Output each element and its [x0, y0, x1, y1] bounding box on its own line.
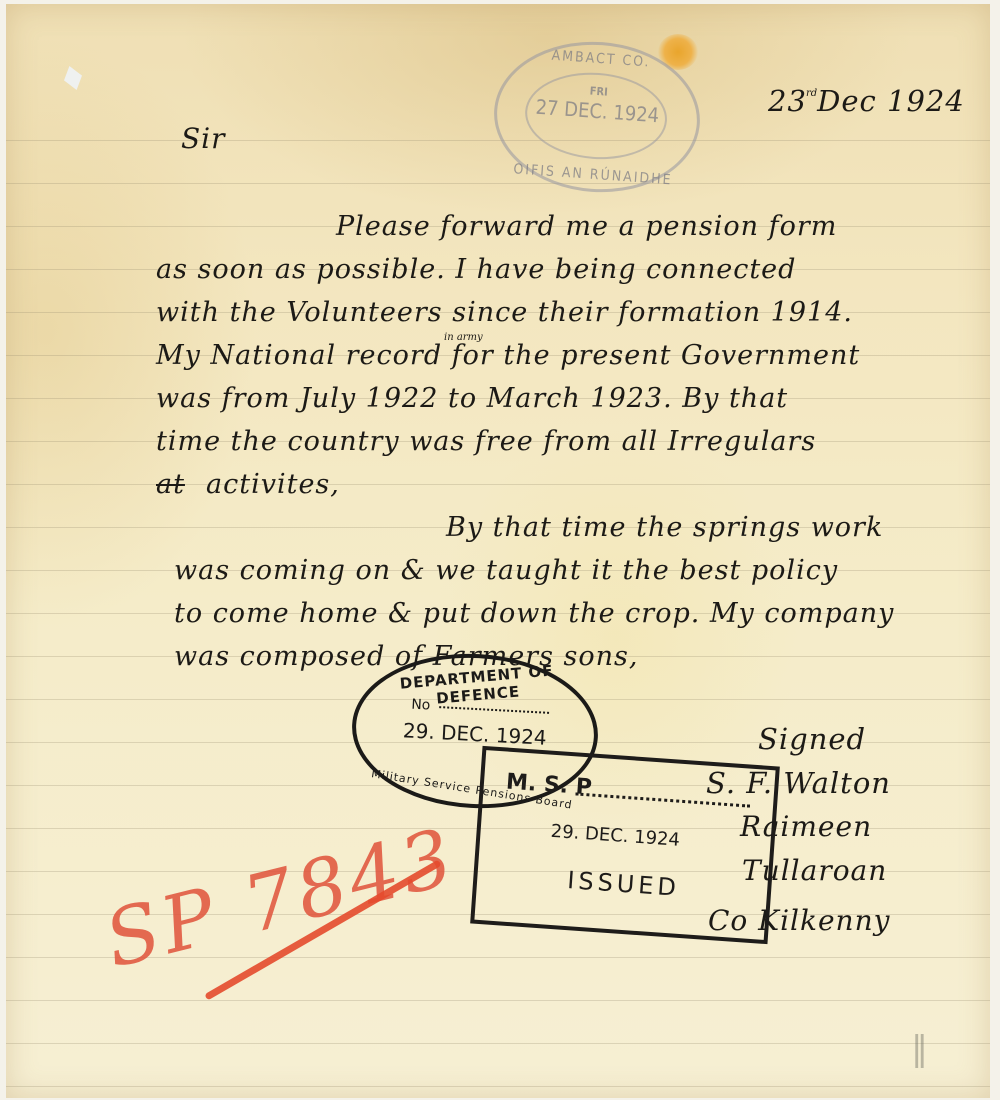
- body-line-6: time the country was free from all Irreg…: [156, 426, 816, 457]
- body-line-1: Please forward me a pension form: [336, 211, 837, 242]
- msp-stamp-date: 29. DEC. 1924: [550, 821, 681, 851]
- ruled-line: [6, 484, 990, 485]
- red-reference-number: SP 7843: [96, 812, 464, 986]
- body-line-8: By that time the springs work: [446, 512, 883, 543]
- body-line-10: to come home & put down the crop. My com…: [174, 598, 894, 629]
- msp-stamp-status: ISSUED: [566, 866, 680, 902]
- body-line-3: with the Volunteers since their formatio…: [156, 297, 853, 328]
- salutation: Sir: [181, 122, 226, 155]
- defence-stamp-number-line: [439, 706, 549, 714]
- defence-stamp-number-label: No: [411, 697, 431, 714]
- msp-stamp-dotted-line: [575, 792, 750, 807]
- body-line-4: My National record for the present Gover…: [156, 340, 860, 371]
- received-stamp-bottom-text: OIFIS AN RÚNAIDHE: [493, 160, 694, 190]
- pencil-mark: ‖: [911, 1029, 928, 1069]
- paper-tear: [64, 66, 82, 90]
- ruled-line: [6, 140, 990, 141]
- msp-issued-stamp: M. S. P 29. DEC. 1924 ISSUED: [470, 746, 780, 944]
- body-line-9: was coming on & we taught it the best po…: [174, 555, 838, 586]
- ruled-line: [6, 1043, 990, 1044]
- msp-stamp-label: M. S. P: [505, 770, 592, 801]
- struck-word: at: [156, 469, 185, 500]
- ruled-line: [6, 1000, 990, 1001]
- defence-stamp-date: 29. DEC. 1924: [355, 716, 594, 752]
- letter-sheet: AMBACT CO. FRI 27 DEC. 1924 OIFIS AN RÚN…: [6, 4, 990, 1098]
- ruled-line: [6, 1086, 990, 1087]
- body-line-2: as soon as possible. I have being connec…: [156, 254, 796, 285]
- ruled-line: [6, 183, 990, 184]
- signed-label: Signed: [758, 722, 866, 756]
- letter-date: 23 Dec 1924: [768, 84, 965, 118]
- body-line-5: was from July 1922 to March 1923. By tha…: [156, 383, 788, 414]
- received-stamp: AMBACT CO. FRI 27 DEC. 1924 OIFIS AN RÚN…: [489, 35, 705, 199]
- body-line-7: activites,: [206, 469, 340, 500]
